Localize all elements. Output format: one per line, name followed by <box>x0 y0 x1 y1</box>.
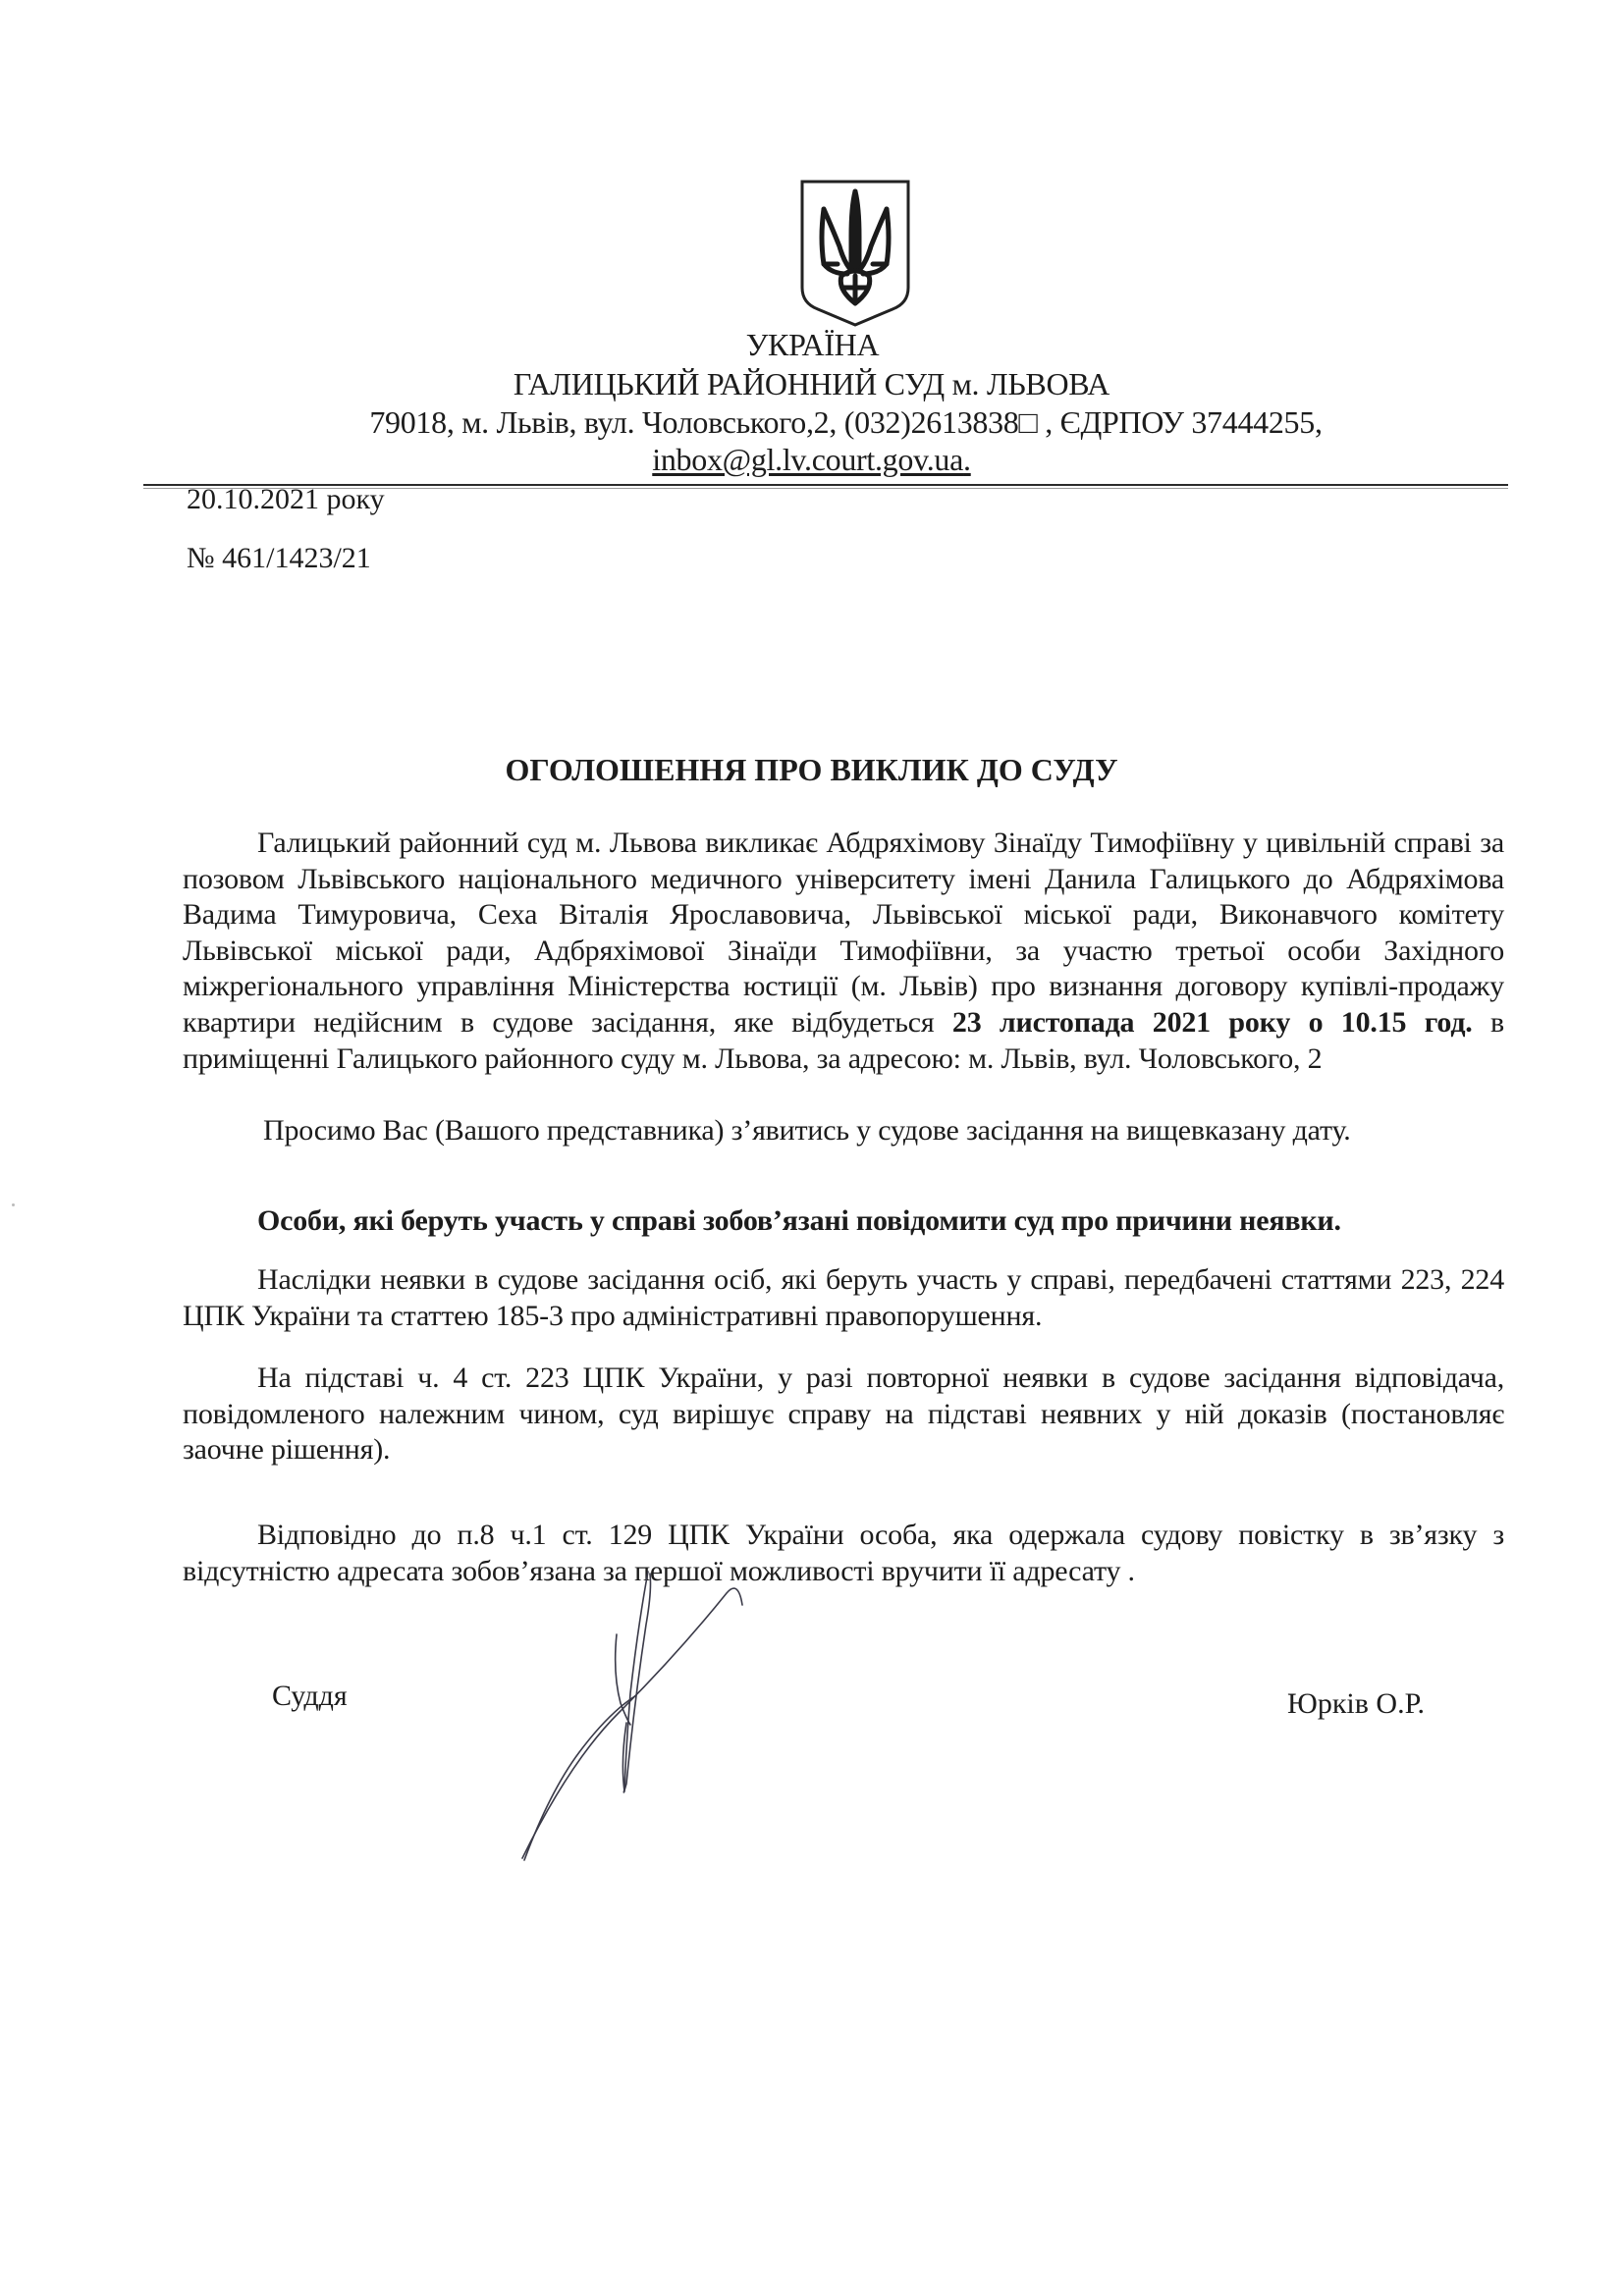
document-title: ОГОЛОШЕННЯ ПРО ВИКЛИК ДО СУДУ <box>0 752 1623 787</box>
court-name-heading: ГАЛИЦЬКИЙ РАЙОННИЙ СУД м. ЛЬВОВА <box>0 366 1623 401</box>
appearance-request-text: Просимо Вас (Вашого представника) з’явит… <box>183 1113 1504 1149</box>
email-suffix: . <box>963 442 971 477</box>
absence-notice-paragraph: Особи, які беруть участь у справі зобов’… <box>183 1203 1504 1240</box>
court-address: 79018, м. Львів, вул. Чоловського,2, (03… <box>34 404 1623 440</box>
scan-speck <box>12 1203 15 1206</box>
trident-coat-of-arms-icon <box>798 178 912 327</box>
delivery-obligation-text: Відповідно до п.8 ч.1 ст. 129 ЦПК Україн… <box>183 1518 1504 1589</box>
handwritten-signature-icon <box>511 1566 825 1890</box>
default-judgment-paragraph: На підставі ч. 4 ст. 223 ЦПК України, у … <box>183 1361 1504 1468</box>
document-date: 20.10.2021 року <box>187 483 385 516</box>
court-email-link[interactable]: inbox@gl.lv.court.gov.ua <box>652 442 963 477</box>
hearing-datetime: 23 листопада 2021 року о 10.15 год. <box>952 1006 1473 1039</box>
appearance-request-paragraph: Просимо Вас (Вашого представника) з’явит… <box>183 1113 1504 1149</box>
consequences-text: Наслідки неявки в судове засідання осіб,… <box>183 1262 1504 1334</box>
judge-role-label: Суддя <box>272 1680 348 1713</box>
court-summons-document: УКРАЇНА ГАЛИЦЬКИЙ РАЙОННИЙ СУД м. ЛЬВОВА… <box>0 0 1623 2296</box>
document-number: № 461/1423/21 <box>187 542 371 575</box>
delivery-obligation-paragraph: Відповідно до п.8 ч.1 ст. 129 ЦПК Україн… <box>183 1518 1504 1589</box>
summons-paragraph: Галицький районний суд м. Львова виклика… <box>183 826 1504 1077</box>
judge-name: Юрків О.Р. <box>1287 1687 1425 1721</box>
absence-notice-text: Особи, які беруть участь у справі зобов’… <box>183 1203 1504 1240</box>
consequences-paragraph: Наслідки неявки в судове засідання осіб,… <box>183 1262 1504 1334</box>
default-judgment-text: На підставі ч. 4 ст. 223 ЦПК України, у … <box>183 1361 1504 1468</box>
court-email-line: inbox@gl.lv.court.gov.ua. <box>0 442 1623 477</box>
country-heading: УКРАЇНА <box>1 327 1623 362</box>
